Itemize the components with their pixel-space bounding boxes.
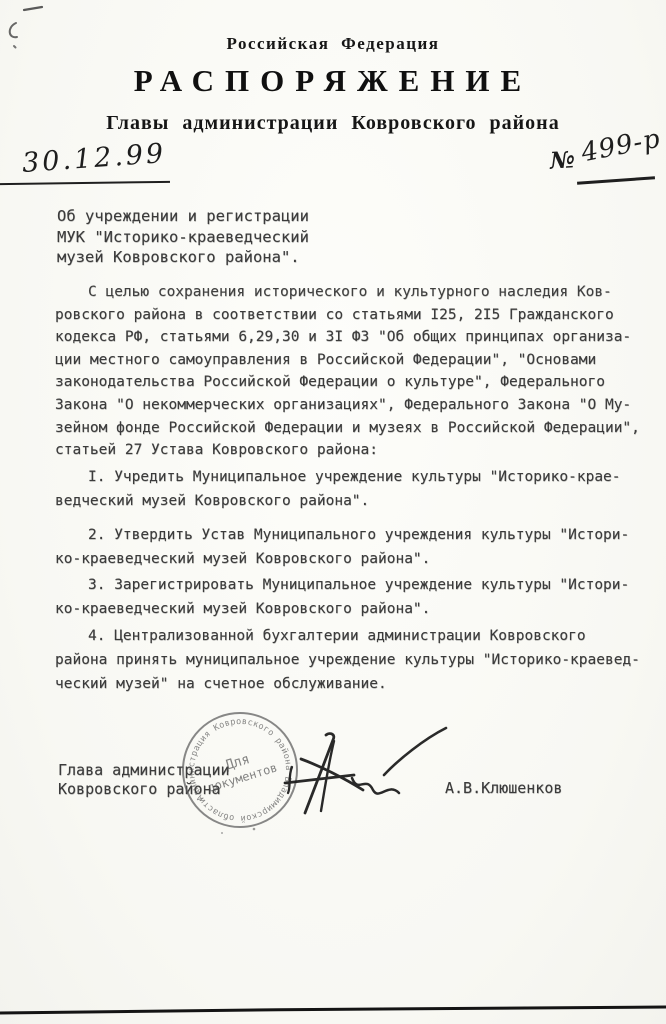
issuer-title: Главы администрации Ковровского района (0, 112, 666, 135)
handwritten-signature (278, 698, 468, 823)
item-line: района принять муниципальное учреждение … (55, 648, 640, 672)
ordered-item-4: 4. Централизованной бухгалтерии админист… (55, 624, 640, 696)
body-line: С целью сохранения исторического и культ… (55, 281, 640, 304)
body-line: ровского района в соответствии со статья… (55, 304, 640, 327)
body-line: статьей 27 Устава Ковровского района: (55, 439, 640, 462)
item-line: ческий музей" на счетное обслуживание. (55, 672, 640, 696)
subject-block: Об учреждении и регистрации МУК "Историк… (57, 206, 309, 268)
date-underline (0, 181, 170, 185)
subject-line: Об учреждении и регистрации (57, 206, 309, 227)
item-line: 4. Централизованной бухгалтерии админист… (55, 624, 640, 648)
country-header: Российская Федерация (0, 34, 666, 54)
body-line: зейном фонде Российской Федерации и музе… (55, 417, 640, 440)
body-line: Закона "О некоммерческих организациях", … (55, 394, 640, 417)
scan-edge-line (0, 996, 666, 1024)
ordered-item-1: I. Учредить Муниципальное учреждение кул… (55, 465, 621, 513)
item-line: 3. Зарегистрировать Муниципальное учрежд… (55, 573, 629, 597)
subject-line: музей Ковровского района". (57, 247, 309, 268)
document-page: Российская Федерация РАСПОРЯЖЕНИЕ Главы … (0, 0, 666, 1024)
item-line: 2. Утвердить Устав Муниципального учрежд… (55, 523, 629, 547)
ordered-item-2: 2. Утвердить Устав Муниципального учрежд… (55, 523, 629, 571)
subject-line: МУК "Историко-краеведческий (57, 227, 309, 248)
item-line: ко-краеведческий музей Ковровского район… (55, 547, 629, 571)
stamp-center-text: Для документов (201, 744, 279, 795)
intro-paragraph: С целью сохранения исторического и культ… (55, 281, 640, 462)
body-line: законодательства Российской Федерации о … (55, 371, 640, 394)
number-underline (577, 176, 655, 184)
item-line: I. Учредить Муниципальное учреждение кул… (55, 465, 621, 489)
item-line: ведческий музей Ковровского района". (55, 489, 621, 513)
document-type-title: РАСПОРЯЖЕНИЕ (0, 63, 666, 99)
item-line: ко-краеведческий музей Ковровского район… (55, 597, 629, 621)
ordered-item-3: 3. Зарегистрировать Муниципальное учрежд… (55, 573, 629, 621)
handwritten-date: 30.12.99 (21, 138, 167, 179)
number-sign: № (549, 146, 575, 174)
body-line: ции местного самоуправления в Российской… (55, 349, 640, 372)
body-line: кодекса РФ, статьями 6,29,30 и 3I ФЗ "Об… (55, 326, 640, 349)
